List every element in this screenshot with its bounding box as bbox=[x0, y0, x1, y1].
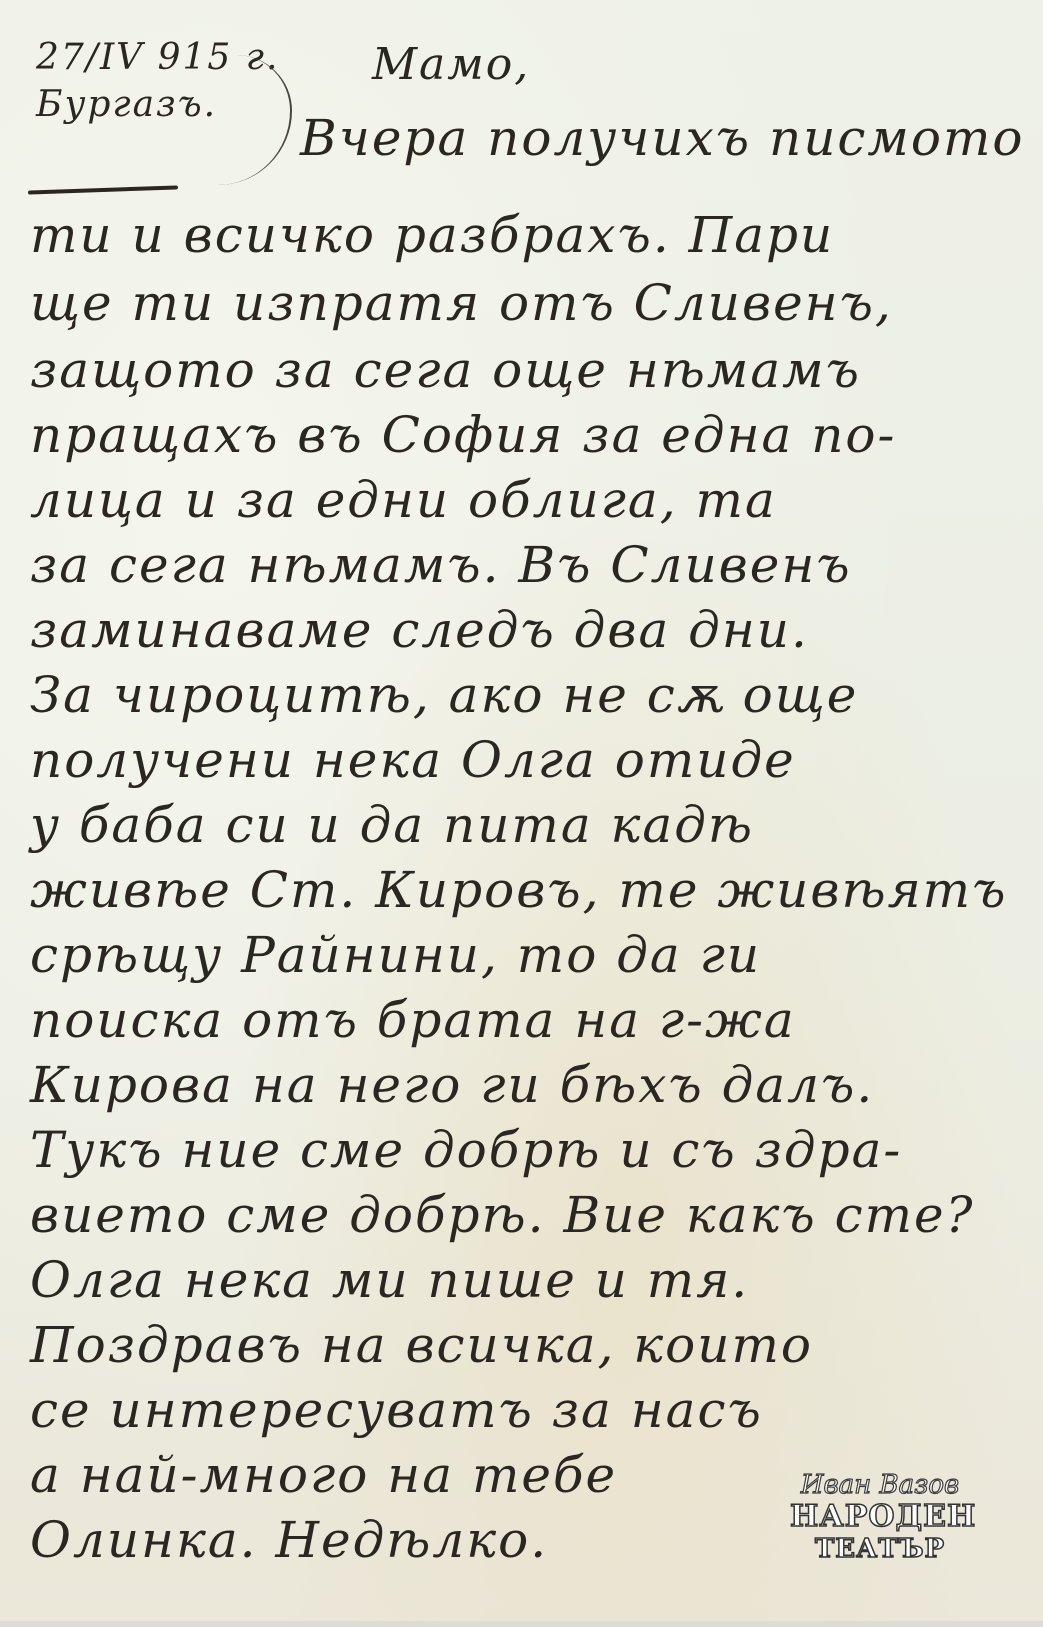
letter-line: получени нека Олга отиде bbox=[30, 730, 796, 790]
watermark-line-2: ТЕАТЪР bbox=[790, 1534, 970, 1564]
letter-line: лица и за едни облига, та bbox=[30, 470, 777, 530]
letter-paper: 27/IV 915 г. Бургазъ. Мамо, Вчера получи… bbox=[0, 0, 1043, 1627]
letter-line: поиска отъ брата на г-жа bbox=[30, 990, 796, 1050]
letter-line: защото за сега още нѣмамъ bbox=[30, 340, 861, 400]
watermark-script-signature: Иван Вазов bbox=[790, 1470, 970, 1500]
letter-line: за сега нѣмамъ. Въ Сливенъ bbox=[30, 535, 852, 595]
letter-line: Олинка. Недѣлко. bbox=[30, 1510, 548, 1570]
header-bracket-stroke bbox=[150, 55, 292, 185]
letter-line: живѣе Ст. Кировъ, те живѣятъ bbox=[30, 860, 1007, 920]
scan-bottom-edge bbox=[0, 1621, 1043, 1627]
letter-line: а най-много на тебе bbox=[30, 1445, 617, 1505]
letter-line: Вчера получихъ писмото bbox=[300, 108, 1025, 168]
letter-line: срѣщу Райнини, то да ги bbox=[30, 925, 761, 985]
letter-line: у баба си и да пита кадѣ bbox=[30, 795, 754, 855]
letter-line: Олга нека ми пише и тя. bbox=[30, 1250, 749, 1310]
letter-line: пращахъ въ София за една по- bbox=[30, 405, 896, 465]
watermark-line-1: НАРОДЕН bbox=[790, 1500, 970, 1534]
letter-line: Тукъ ние сме добрѣ и съ здра- bbox=[30, 1120, 902, 1180]
letter-line: За чироцитѣ, ако не сѫ още bbox=[30, 665, 858, 725]
letter-line: Кирова на него ги бѣхъ далъ. bbox=[30, 1055, 874, 1115]
header-underline-stroke bbox=[28, 185, 178, 194]
national-theatre-watermark-logo: Иван Вазов НАРОДЕН ТЕАТЪР bbox=[790, 1470, 970, 1590]
letter-line: вието сме добрѣ. Вие какъ сте? bbox=[30, 1185, 974, 1245]
letter-line: се интересуватъ за насъ bbox=[30, 1380, 763, 1440]
letter-line: заминаваме следъ два дни. bbox=[30, 600, 809, 660]
letter-line: ще ти изпратя отъ Сливенъ, bbox=[30, 273, 893, 333]
letter-line: Поздравъ на всичка, които bbox=[30, 1315, 813, 1375]
letter-line: ти и всичко разбрахъ. Пари bbox=[30, 205, 834, 265]
letter-salutation: Мамо, bbox=[372, 40, 530, 90]
